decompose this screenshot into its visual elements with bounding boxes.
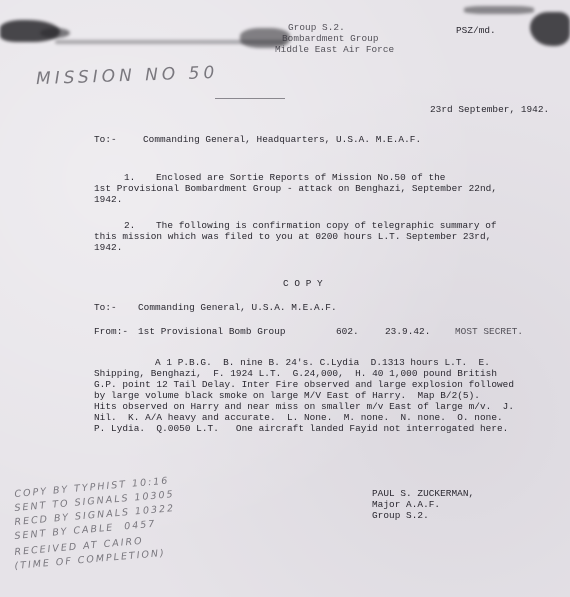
copy-classification: MOST SECRET. [455, 326, 523, 337]
paragraph-2-line: this mission which was filed to you at 0… [94, 231, 491, 242]
paragraph-2-number: 2. [124, 220, 135, 231]
header-reference: PSZ/md. [456, 25, 496, 36]
paragraph-1-number: 1. [124, 172, 135, 183]
summary-line: by large volume black smoke on large M/V… [94, 390, 480, 401]
summary-line: A 1 P.B.G. B. nine B. 24's. C.Lydia D.13… [155, 357, 490, 368]
copy-message-number: 602. [336, 326, 359, 337]
summary-line: G.P. point 12 Tail Delay. Inter Fire obs… [94, 379, 514, 390]
paragraph-2-line: 1942. [94, 242, 122, 253]
handwritten-underline [215, 98, 285, 99]
copy-to-label: To:- [94, 302, 117, 313]
header-command: Bombardment Group [282, 33, 379, 44]
signature-rank: Major A.A.F. [372, 499, 440, 510]
signature-unit: Group S.2. [372, 510, 429, 521]
paragraph-1-line: 1st Provisional Bombardment Group - atta… [94, 183, 497, 194]
summary-line: Nil. K. A/A heavy and accurate. L. None.… [94, 412, 503, 423]
scan-smudge [464, 6, 534, 14]
header-group: Group S.2. [288, 22, 345, 33]
copy-to-value: Commanding General, U.S.A. M.E.A.F. [138, 302, 337, 313]
scan-smudge [40, 28, 70, 38]
paragraph-1-line: 1942. [94, 194, 122, 205]
summary-line: P. Lydia. Q.0050 L.T. One aircraft lande… [94, 423, 508, 434]
scan-smudge [530, 12, 570, 46]
copy-from-value: 1st Provisional Bomb Group [138, 326, 286, 337]
summary-line: Shipping, Benghazi, F. 1924 L.T. G.24,00… [94, 368, 497, 379]
copy-from-label: From:- [94, 326, 128, 337]
copy-message-date: 23.9.42. [385, 326, 430, 337]
paragraph-1-line: Enclosed are Sortie Reports of Mission N… [156, 172, 445, 183]
copy-heading: C O P Y [283, 278, 323, 289]
paragraph-2-line: The following is confirmation copy of te… [156, 220, 497, 231]
summary-line: Hits observed on Harry and near miss on … [94, 401, 514, 412]
to-label: To:- [94, 134, 117, 145]
signature-name: PAUL S. ZUCKERMAN, [372, 488, 474, 499]
to-recipient: Commanding General, Headquarters, U.S.A.… [143, 134, 421, 145]
letter-date: 23rd September, 1942. [430, 104, 549, 115]
header-force: Middle East Air Force [275, 44, 394, 55]
